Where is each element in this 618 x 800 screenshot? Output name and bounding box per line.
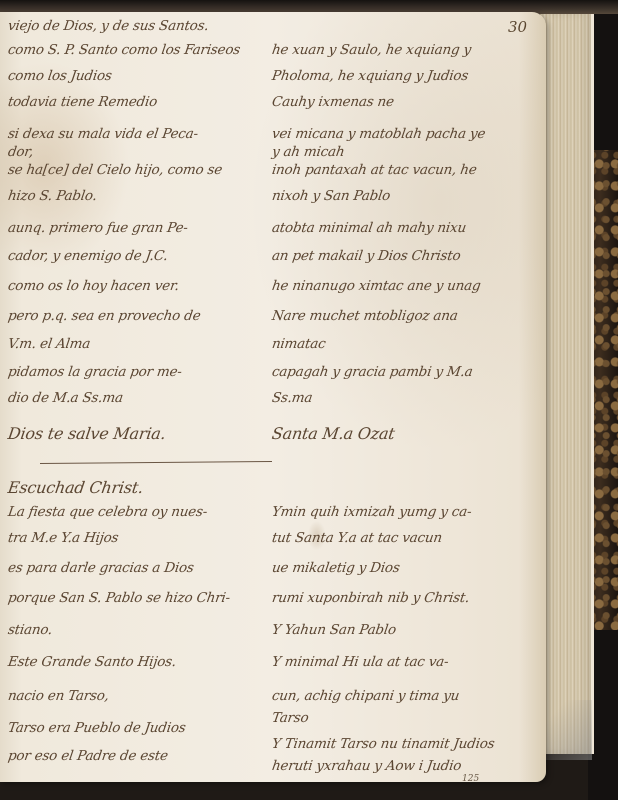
manuscript-line: dor,	[7, 144, 34, 160]
manuscript-line: he xuan y Saulo, he xquiang y	[271, 42, 472, 58]
manuscript-line: todavia tiene Remedio	[7, 94, 158, 110]
manuscript-line: pero p.q. sea en provecho de	[7, 308, 202, 324]
manuscript-line: Y Yahun San Pablo	[271, 622, 397, 638]
manuscript-line: aunq. primero fue gran Pe-	[7, 220, 189, 236]
manuscript-line: viejo de Dios, y de sus Santos.	[7, 18, 210, 34]
manuscript-line: tra M.e Y.a Hijos	[7, 530, 120, 546]
folio-number: 30	[508, 18, 527, 36]
manuscript-line: cun, achig chipani y tima yu	[271, 688, 460, 704]
manuscript-line: pidamos la gracia por me-	[7, 364, 183, 380]
manuscript-line: La fiesta que celebra oy nues-	[7, 504, 208, 520]
manuscript-page: 30 viejo de Dios, y de sus Santos.como S…	[0, 12, 546, 782]
manuscript-line: inoh pantaxah at tac vacun, he	[271, 162, 478, 178]
manuscript-line: capagah y gracia pambi y M.a	[271, 364, 474, 380]
manuscript-line: an pet makail y Dios Christo	[271, 248, 462, 264]
manuscript-line: nimatac	[271, 336, 327, 352]
manuscript-line: he ninanugo ximtac ane y unag	[271, 278, 482, 294]
manuscript-line: Tarso	[271, 710, 310, 726]
manuscript-line: porque San S. Pablo se hizo Chri-	[7, 590, 231, 606]
manuscript-line: Dios te salve Maria.	[7, 424, 167, 443]
manuscript-line: Santa M.a Ozat	[271, 424, 396, 443]
manuscript-line: Y minimal Hi ula at tac va-	[271, 654, 450, 670]
manuscript-line: Y Tinamit Tarso nu tinamit Judios	[271, 736, 496, 752]
manuscript-line: Tarso era Pueblo de Judios	[7, 720, 187, 736]
manuscript-line: tut Santa Y.a at tac vacun	[271, 530, 443, 546]
manuscript-line: hizo S. Pablo.	[7, 188, 98, 204]
manuscript-scene: 30 viejo de Dios, y de sus Santos.como S…	[0, 0, 618, 800]
manuscript-line: rumi xuponbirah nib y Christ.	[271, 590, 471, 606]
manuscript-line: stiano.	[7, 622, 53, 638]
manuscript-line: como los Judios	[7, 68, 113, 84]
manuscript-line: Cauhy ixmenas ne	[271, 94, 395, 110]
manuscript-line: ue mikaletig y Dios	[271, 560, 401, 576]
manuscript-line: Ymin quih ixmizah yumg y ca-	[271, 504, 473, 520]
manuscript-line: por eso el Padre de este	[7, 748, 169, 764]
manuscript-line: atobta minimal ah mahy nixu	[271, 220, 467, 236]
manuscript-line: nixoh y San Pablo	[271, 188, 391, 204]
manuscript-line: V.m. el Alma	[7, 336, 91, 352]
manuscript-line: Este Grande Santo Hijos.	[7, 654, 177, 670]
manuscript-line: como os lo hoy hacen ver.	[7, 278, 180, 294]
manuscript-line: Nare muchet mtobligoz ana	[271, 308, 459, 324]
manuscript-line: cador, y enemigo de J.C.	[7, 248, 169, 264]
manuscript-line: dio de M.a Ss.ma	[7, 390, 124, 406]
manuscript-line: es para darle gracias a Dios	[7, 560, 195, 576]
manuscript-line: Pholoma, he xquiang y Judios	[271, 68, 469, 84]
manuscript-line: se ha[ce] del Cielo hijo, como se	[7, 162, 223, 178]
manuscript-line: heruti yxrahau y Aow i Judio	[271, 758, 462, 774]
page-edges-stack	[540, 14, 594, 754]
manuscript-line: y ah micah	[271, 144, 346, 160]
manuscript-line: Escuchad Christ.	[7, 478, 145, 497]
manuscript-line: nacio en Tarso,	[7, 688, 110, 704]
manuscript-line: como S. P. Santo como los Fariseos	[7, 42, 241, 58]
manuscript-line: Ss.ma	[271, 390, 314, 406]
manuscript-line: si dexa su mala vida el Peca-	[7, 126, 199, 142]
section-divider-line	[40, 461, 272, 464]
catalog-mark: 125	[462, 774, 479, 784]
manuscript-line: vei micana y matoblah pacha ye	[271, 126, 486, 142]
